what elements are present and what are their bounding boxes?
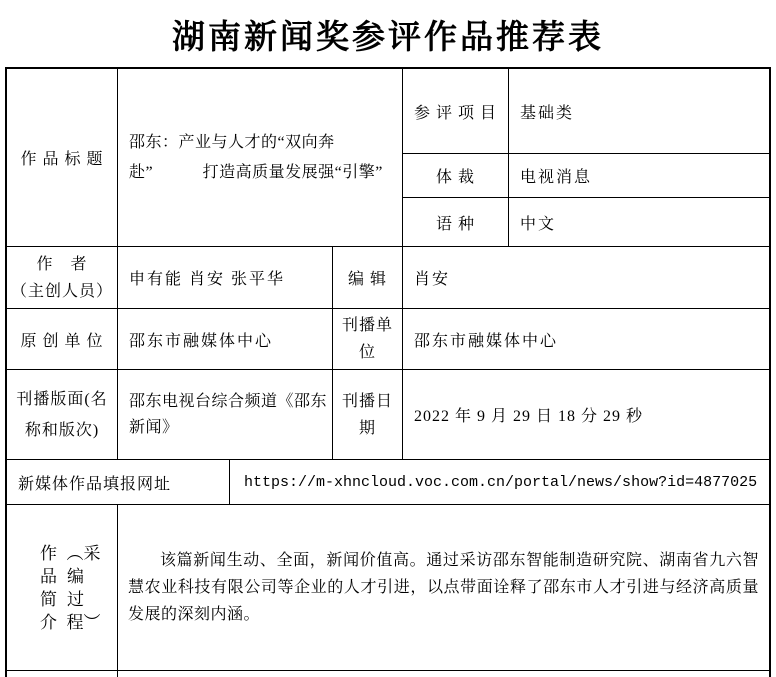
row-original-unit: 原 创 单 位 邵东市融媒体中心 刊播单 位 邵东市融媒体中心 bbox=[7, 309, 769, 370]
editor-value: 肖安 bbox=[403, 247, 769, 308]
row-intro: 作品简介 ︵采编过程︶ 该篇新闻生动、全面，新闻价值高。通过采访邵东智能制造研究… bbox=[7, 505, 769, 671]
intro-label: 作品简介 ︵采编过程︶ bbox=[7, 505, 118, 670]
work-title-value: 邵东：产业与人才的“双向奔 赴” 打造高质量发展强“引擎” bbox=[118, 69, 403, 246]
publish-page-label-line2: 称和版次) bbox=[16, 415, 107, 446]
publish-date-value: 2022 年 9 月 29 日 18 分 29 秒 bbox=[403, 370, 769, 459]
entry-category-value: 基础类 bbox=[509, 69, 769, 153]
row-new-media-url: 新媒体作品填报网址 https://m-xhncloud.voc.com.cn/… bbox=[7, 460, 769, 505]
intro-value-text: 该篇新闻生动、全面，新闻价值高。通过采访邵东智能制造研究院、湖南省九六智慧农业科… bbox=[128, 547, 759, 628]
publish-page-label-line1: 刊播版面(名 bbox=[16, 384, 107, 415]
work-title-label: 作 品 标 题 bbox=[7, 69, 118, 246]
row-author: 作 者 （主创人员） 申有能 肖安 张平华 编 辑 肖安 bbox=[7, 247, 769, 309]
original-unit-value: 邵东市融媒体中心 bbox=[118, 309, 333, 369]
entry-category-label: 参 评 项 目 bbox=[403, 69, 509, 153]
intro-label-col-right: ︵采编过程︶ bbox=[67, 542, 85, 634]
publish-page-label: 刊播版面(名 称和版次) bbox=[7, 370, 118, 459]
page-title: 湖南新闻奖参评作品推荐表 bbox=[0, 9, 776, 65]
partial-cell-left bbox=[7, 671, 118, 677]
new-media-url-label: 新媒体作品填报网址 bbox=[7, 460, 230, 504]
publish-page-value: 邵东电视台综合频道《邵东新闻》 bbox=[118, 370, 333, 459]
row-entry-category: 参 评 项 目 基础类 bbox=[403, 69, 769, 154]
author-label-line1: 作 者 bbox=[11, 251, 113, 278]
language-value: 中文 bbox=[509, 198, 769, 246]
recommendation-table: 作 品 标 题 邵东：产业与人才的“双向奔 赴” 打造高质量发展强“引擎” 参 … bbox=[5, 67, 771, 677]
publish-unit-label-line1: 刊播单 bbox=[342, 312, 393, 339]
row-genre: 体 裁 电视消息 bbox=[403, 154, 769, 198]
publish-unit-label: 刊播单 位 bbox=[333, 309, 403, 369]
row-publish-page: 刊播版面(名 称和版次) 邵东电视台综合频道《邵东新闻》 刊播日 期 2022 … bbox=[7, 370, 769, 460]
category-block: 参 评 项 目 基础类 体 裁 电视消息 语 种 中文 bbox=[403, 69, 769, 246]
row-work-title: 作 品 标 题 邵东：产业与人才的“双向奔 赴” 打造高质量发展强“引擎” 参 … bbox=[7, 69, 769, 247]
publish-date-label-line1: 刊播日 bbox=[342, 388, 393, 415]
editor-label: 编 辑 bbox=[333, 247, 403, 308]
publish-page-value-text: 邵东电视台综合频道《邵东新闻》 bbox=[129, 389, 332, 441]
row-language: 语 种 中文 bbox=[403, 198, 769, 246]
row-partial-bottom bbox=[7, 671, 769, 677]
new-media-url-value: https://m-xhncloud.voc.com.cn/portal/new… bbox=[230, 460, 769, 504]
publish-date-label: 刊播日 期 bbox=[333, 370, 403, 459]
publish-unit-label-line2: 位 bbox=[342, 339, 393, 366]
work-title-line1: 邵东：产业与人才的“双向奔 bbox=[129, 128, 383, 158]
intro-value-cell: 该篇新闻生动、全面，新闻价值高。通过采访邵东智能制造研究院、湖南省九六智慧农业科… bbox=[118, 505, 769, 670]
publish-date-label-line2: 期 bbox=[342, 415, 393, 442]
publish-unit-value: 邵东市融媒体中心 bbox=[403, 309, 769, 369]
work-title-line2: 赴” 打造高质量发展强“引擎” bbox=[129, 158, 383, 188]
genre-label: 体 裁 bbox=[403, 154, 509, 197]
author-label: 作 者 （主创人员） bbox=[7, 247, 118, 308]
author-value: 申有能 肖安 张平华 bbox=[118, 247, 333, 308]
intro-label-col-left: 作品简介 bbox=[40, 542, 58, 634]
language-label: 语 种 bbox=[403, 198, 509, 246]
document-page: 湖南新闻奖参评作品推荐表 作 品 标 题 邵东：产业与人才的“双向奔 赴” 打造… bbox=[0, 0, 776, 677]
original-unit-label: 原 创 单 位 bbox=[7, 309, 118, 369]
genre-value: 电视消息 bbox=[509, 154, 769, 197]
author-label-line2: （主创人员） bbox=[11, 278, 113, 305]
